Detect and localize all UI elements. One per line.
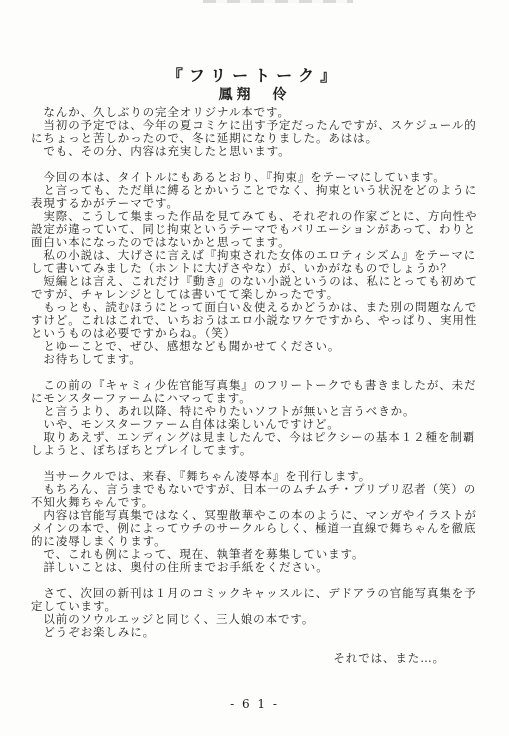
page-title: 『フリートーク』	[0, 63, 509, 86]
body-text: なんか、久しぶりの完全オリジナル本です。 当初の予定では、今年の夏コミケに出す予…	[31, 106, 483, 665]
author-name: 鳳翔 伶	[0, 84, 509, 104]
text-line: お待ちしてます。	[31, 353, 483, 366]
signoff: それでは、また…。	[31, 652, 483, 665]
scan-artifact	[203, 0, 353, 3]
text-line: どうぞお楽しみに。	[31, 626, 483, 639]
text-line: しようと、ぼちぼちとプレイしてます。	[31, 444, 483, 457]
page-number: - 6 1 -	[0, 697, 509, 711]
scanned-page: 『フリートーク』 鳳翔 伶 なんか、久しぶりの完全オリジナル本です。 当初の予定…	[0, 0, 509, 736]
text-line: でも、その分、内容は充実したと思います。	[31, 145, 483, 158]
text-line: 詳しいことは、奥付の住所までお手紙をください。	[31, 561, 483, 574]
